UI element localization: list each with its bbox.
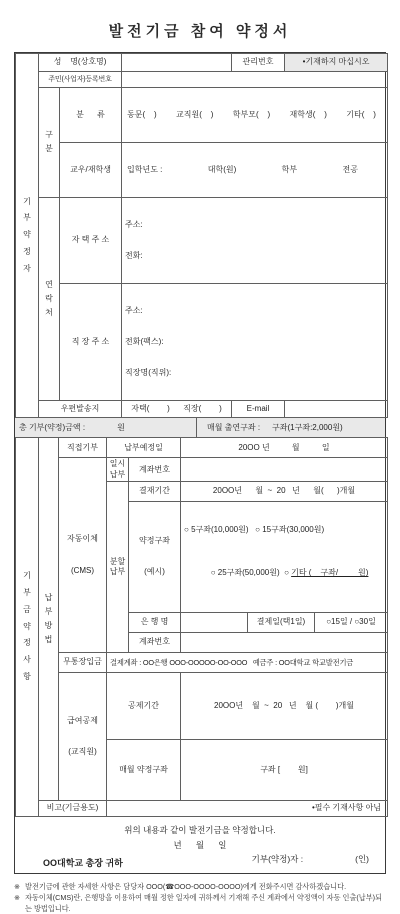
class-options-row: 동문( ) 교직원( ) 학부모( ) 재학생( ) 기타( ) bbox=[125, 110, 384, 120]
installment-label: 분할납부 bbox=[107, 482, 129, 653]
email-value-cell bbox=[285, 401, 388, 418]
payment-day-options: ○15일 / ○30일 bbox=[315, 613, 388, 633]
accounts-option-line1: ○ 5구좌(10,000원) ○ 15구좌(30,000원) bbox=[184, 524, 384, 536]
pledge-statement: 위의 내용과 같이 발전기금을 약정합니다. bbox=[15, 817, 385, 836]
class-option-other: 기타( ) bbox=[346, 110, 376, 120]
footnotes: ※ 발전기금에 관한 자세한 사항은 담당자 OOO(☎OOO-OOOO-OOO… bbox=[14, 881, 386, 914]
monthly-account-label: 매월 출연구좌 : bbox=[207, 422, 260, 433]
signature-date-line: 년 월 일 bbox=[15, 839, 385, 851]
class-option-faculty: 교직원( ) bbox=[176, 110, 213, 120]
deduction-period-label: 공제기간 bbox=[107, 673, 181, 740]
monthly-account-cell: 매월 출연구좌 : 구좌(1구좌:2,000원) bbox=[197, 419, 385, 436]
agreement-form: 기부약정자 성 명(상호명) 관리번호 •기재하지 마십시오 주민(사업자)등록… bbox=[14, 52, 386, 874]
footnote-marker: ※ bbox=[14, 881, 25, 892]
pledge-section-label: 기부금약정사항 bbox=[23, 568, 32, 686]
home-address-cell: 주소: 전화: bbox=[122, 197, 388, 283]
lump-sum-label: 일시납부 bbox=[107, 458, 129, 482]
payment-day-label: 결제일(택1일) bbox=[248, 613, 315, 633]
remarks-label: 비고(기금용도) bbox=[39, 800, 107, 816]
form-title: 발전기금 참여 약정서 bbox=[14, 20, 386, 41]
pledged-accounts-label-line1: 약정구좌 bbox=[130, 536, 179, 546]
alumni-fields-cell: 입학년도 : 대학(원) 학부 전공 bbox=[122, 142, 388, 197]
lump-account-label: 계좌번호 bbox=[129, 458, 181, 482]
footnote-text-cms: 자동이체(CMS)란, 은행망을 이용하여 매월 정한 일자에 귀하께서 기재해… bbox=[25, 892, 386, 914]
work-address-label: 직 장 주 소 bbox=[60, 284, 122, 401]
pledged-accounts-label-cell: 약정구좌 (예시) bbox=[129, 502, 181, 613]
monthly-pledge-value: 구좌 [ 원] bbox=[181, 739, 388, 800]
university-label: 대학(원) bbox=[208, 165, 237, 175]
payment-period-value: 20OO년 월 ~ 20 년 월( )개월 bbox=[181, 482, 388, 502]
total-amount-row: 총 기부(약정)금액 : 원 매월 출연구좌 : 구좌(1구좌:2,000원) bbox=[15, 418, 385, 437]
donor-section-table: 기부약정자 성 명(상호명) 관리번호 •기재하지 마십시오 주민(사업자)등록… bbox=[15, 53, 388, 418]
pledge-section-label-cell: 기부금약정사항 bbox=[16, 438, 39, 816]
total-amount-label: 총 기부(약정)금액 : bbox=[19, 422, 85, 433]
installment-account-value-cell bbox=[181, 633, 388, 653]
alumni-fields-row: 입학년도 : 대학(원) 학부 전공 bbox=[125, 165, 384, 175]
signer-label: 기부(약정)자 : bbox=[252, 853, 303, 865]
class-option-student: 재학생( ) bbox=[290, 110, 327, 120]
payment-period-label: 결재기간 bbox=[129, 482, 181, 502]
lump-account-value-cell bbox=[181, 458, 388, 482]
class-options-cell: 동문( ) 교직원( ) 학부모( ) 재학생( ) 기타( ) bbox=[122, 88, 388, 143]
alumni-student-label: 교우/재학생 bbox=[60, 142, 122, 197]
registration-number-value-cell bbox=[122, 72, 388, 88]
pledged-accounts-options-cell: ○ 5구좌(10,000원) ○ 15구좌(30,000원) ○ 25구좌(50… bbox=[181, 502, 388, 613]
footnote-item: ※ 자동이체(CMS)란, 은행망을 이용하여 매월 정한 일자에 귀하께서 기… bbox=[14, 892, 386, 914]
class-label: 분 류 bbox=[60, 88, 122, 143]
monthly-account-value: 구좌(1구좌:2,000원) bbox=[272, 422, 343, 433]
faculty-label: 학부 bbox=[282, 165, 297, 175]
donor-section-label: 기부약정자 bbox=[23, 194, 32, 278]
document-page: 발전기금 참여 약정서 기부약정자 성 명(상호명) 관리번호 •기재하지 마십… bbox=[14, 0, 386, 914]
signature-block: 위의 내용과 같이 발전기금을 약정합니다. 년 월 일 기부(약정)자 : (… bbox=[15, 817, 385, 873]
class-option-parent: 학부모( ) bbox=[233, 110, 270, 120]
footnote-text-contact: 발전기금에 관한 자세한 사항은 담당자 OOO(☎OOO-OOOO-OOOO)… bbox=[25, 881, 386, 892]
work-address-line: 주소: bbox=[125, 306, 384, 316]
pledge-section-table: 기부금약정사항 납부방법 직접기부 납부예정일 20OO 년 월 일 자동이체 … bbox=[15, 437, 388, 816]
bank-deposit-value: 결제계좌 : OO은행 OOO-OOOOO-OO-OOO 예금주 : OO대학교… bbox=[107, 653, 388, 673]
category-group-cell: 구분 bbox=[39, 88, 60, 198]
email-label: E-mail bbox=[232, 401, 285, 418]
category-group-label: 구분 bbox=[45, 128, 54, 156]
direct-donation-label: 직접기부 bbox=[59, 438, 107, 458]
home-phone-line: 전화: bbox=[125, 251, 384, 261]
mailing-label: 우편발송지 bbox=[39, 401, 122, 418]
cms-label-line1: 자동이체 bbox=[60, 534, 105, 544]
home-address-label: 자 택 주 소 bbox=[60, 197, 122, 283]
footnote-marker: ※ bbox=[14, 892, 25, 914]
accounts-option-line2: ○ 25구좌(50,000원) ○ 기타 ( 구좌/ 원) bbox=[184, 557, 384, 590]
salary-deduction-label-cell: 급여공제 (교직원) bbox=[59, 673, 107, 801]
monthly-pledge-label: 매월 약정구좌 bbox=[107, 739, 181, 800]
mailing-options-cell: 자택( ) 직장( ) bbox=[122, 401, 232, 418]
name-value-cell bbox=[122, 54, 232, 72]
work-phone-line: 전화(팩스): bbox=[125, 337, 384, 347]
accounts-option-25: ○ 25구좌(50,000원) ○ bbox=[211, 568, 291, 577]
footnote-item: ※ 발전기금에 관한 자세한 사항은 담당자 OOO(☎OOO-OOOO-OOO… bbox=[14, 881, 386, 892]
contact-group-cell: 연락처 bbox=[39, 197, 60, 400]
bank-name-label: 은 행 명 bbox=[129, 613, 181, 633]
registration-number-label: 주민(사업자)등록번호 bbox=[39, 72, 122, 88]
contact-group-label: 연락처 bbox=[45, 278, 54, 320]
cms-label-line2: (CMS) bbox=[60, 566, 105, 576]
installment-account-label: 계좌번호 bbox=[129, 633, 181, 653]
salary-deduction-label-line2: (교직원) bbox=[60, 747, 105, 757]
remarks-note: •필수 기재사항 아님 bbox=[107, 800, 388, 816]
admission-year-label: 입학년도 : bbox=[127, 165, 162, 175]
management-number-note: •기재하지 마십시오 bbox=[285, 54, 388, 72]
recipient-line: OO대학교 총장 귀하 bbox=[43, 856, 123, 869]
payment-method-label: 납부방법 bbox=[44, 591, 53, 647]
direct-date-value: 20OO 년 월 일 bbox=[181, 438, 388, 458]
major-label: 전공 bbox=[343, 165, 358, 175]
cms-label-cell: 자동이체 (CMS) bbox=[59, 458, 107, 653]
salary-deduction-label-line1: 급여공제 bbox=[60, 716, 105, 726]
management-number-label: 관리번호 bbox=[232, 54, 285, 72]
class-option-alumni: 동문( ) bbox=[127, 110, 157, 120]
pledged-accounts-label-line2: (예시) bbox=[130, 567, 179, 577]
seal-mark: (인) bbox=[355, 853, 369, 865]
payment-method-cell: 납부방법 bbox=[39, 438, 59, 800]
work-address-cell: 주소: 전화(팩스): 직장명(직위): bbox=[122, 284, 388, 401]
name-label: 성 명(상호명) bbox=[39, 54, 122, 72]
total-amount-unit: 원 bbox=[117, 422, 125, 433]
direct-date-label: 납부예정일 bbox=[107, 438, 181, 458]
donor-section-label-cell: 기부약정자 bbox=[16, 54, 39, 418]
home-address-line: 주소: bbox=[125, 220, 384, 230]
deduction-period-value: 20OO년 월 ~ 20 년 월 ( )개월 bbox=[181, 673, 388, 740]
accounts-option-other: 기타 ( 구좌/ 원) bbox=[291, 568, 368, 577]
bank-name-value-cell bbox=[181, 613, 248, 633]
bank-deposit-label: 무통장입금 bbox=[59, 653, 107, 673]
work-name-line: 직장명(직위): bbox=[125, 368, 384, 378]
total-amount-cell: 총 기부(약정)금액 : 원 bbox=[15, 418, 197, 437]
